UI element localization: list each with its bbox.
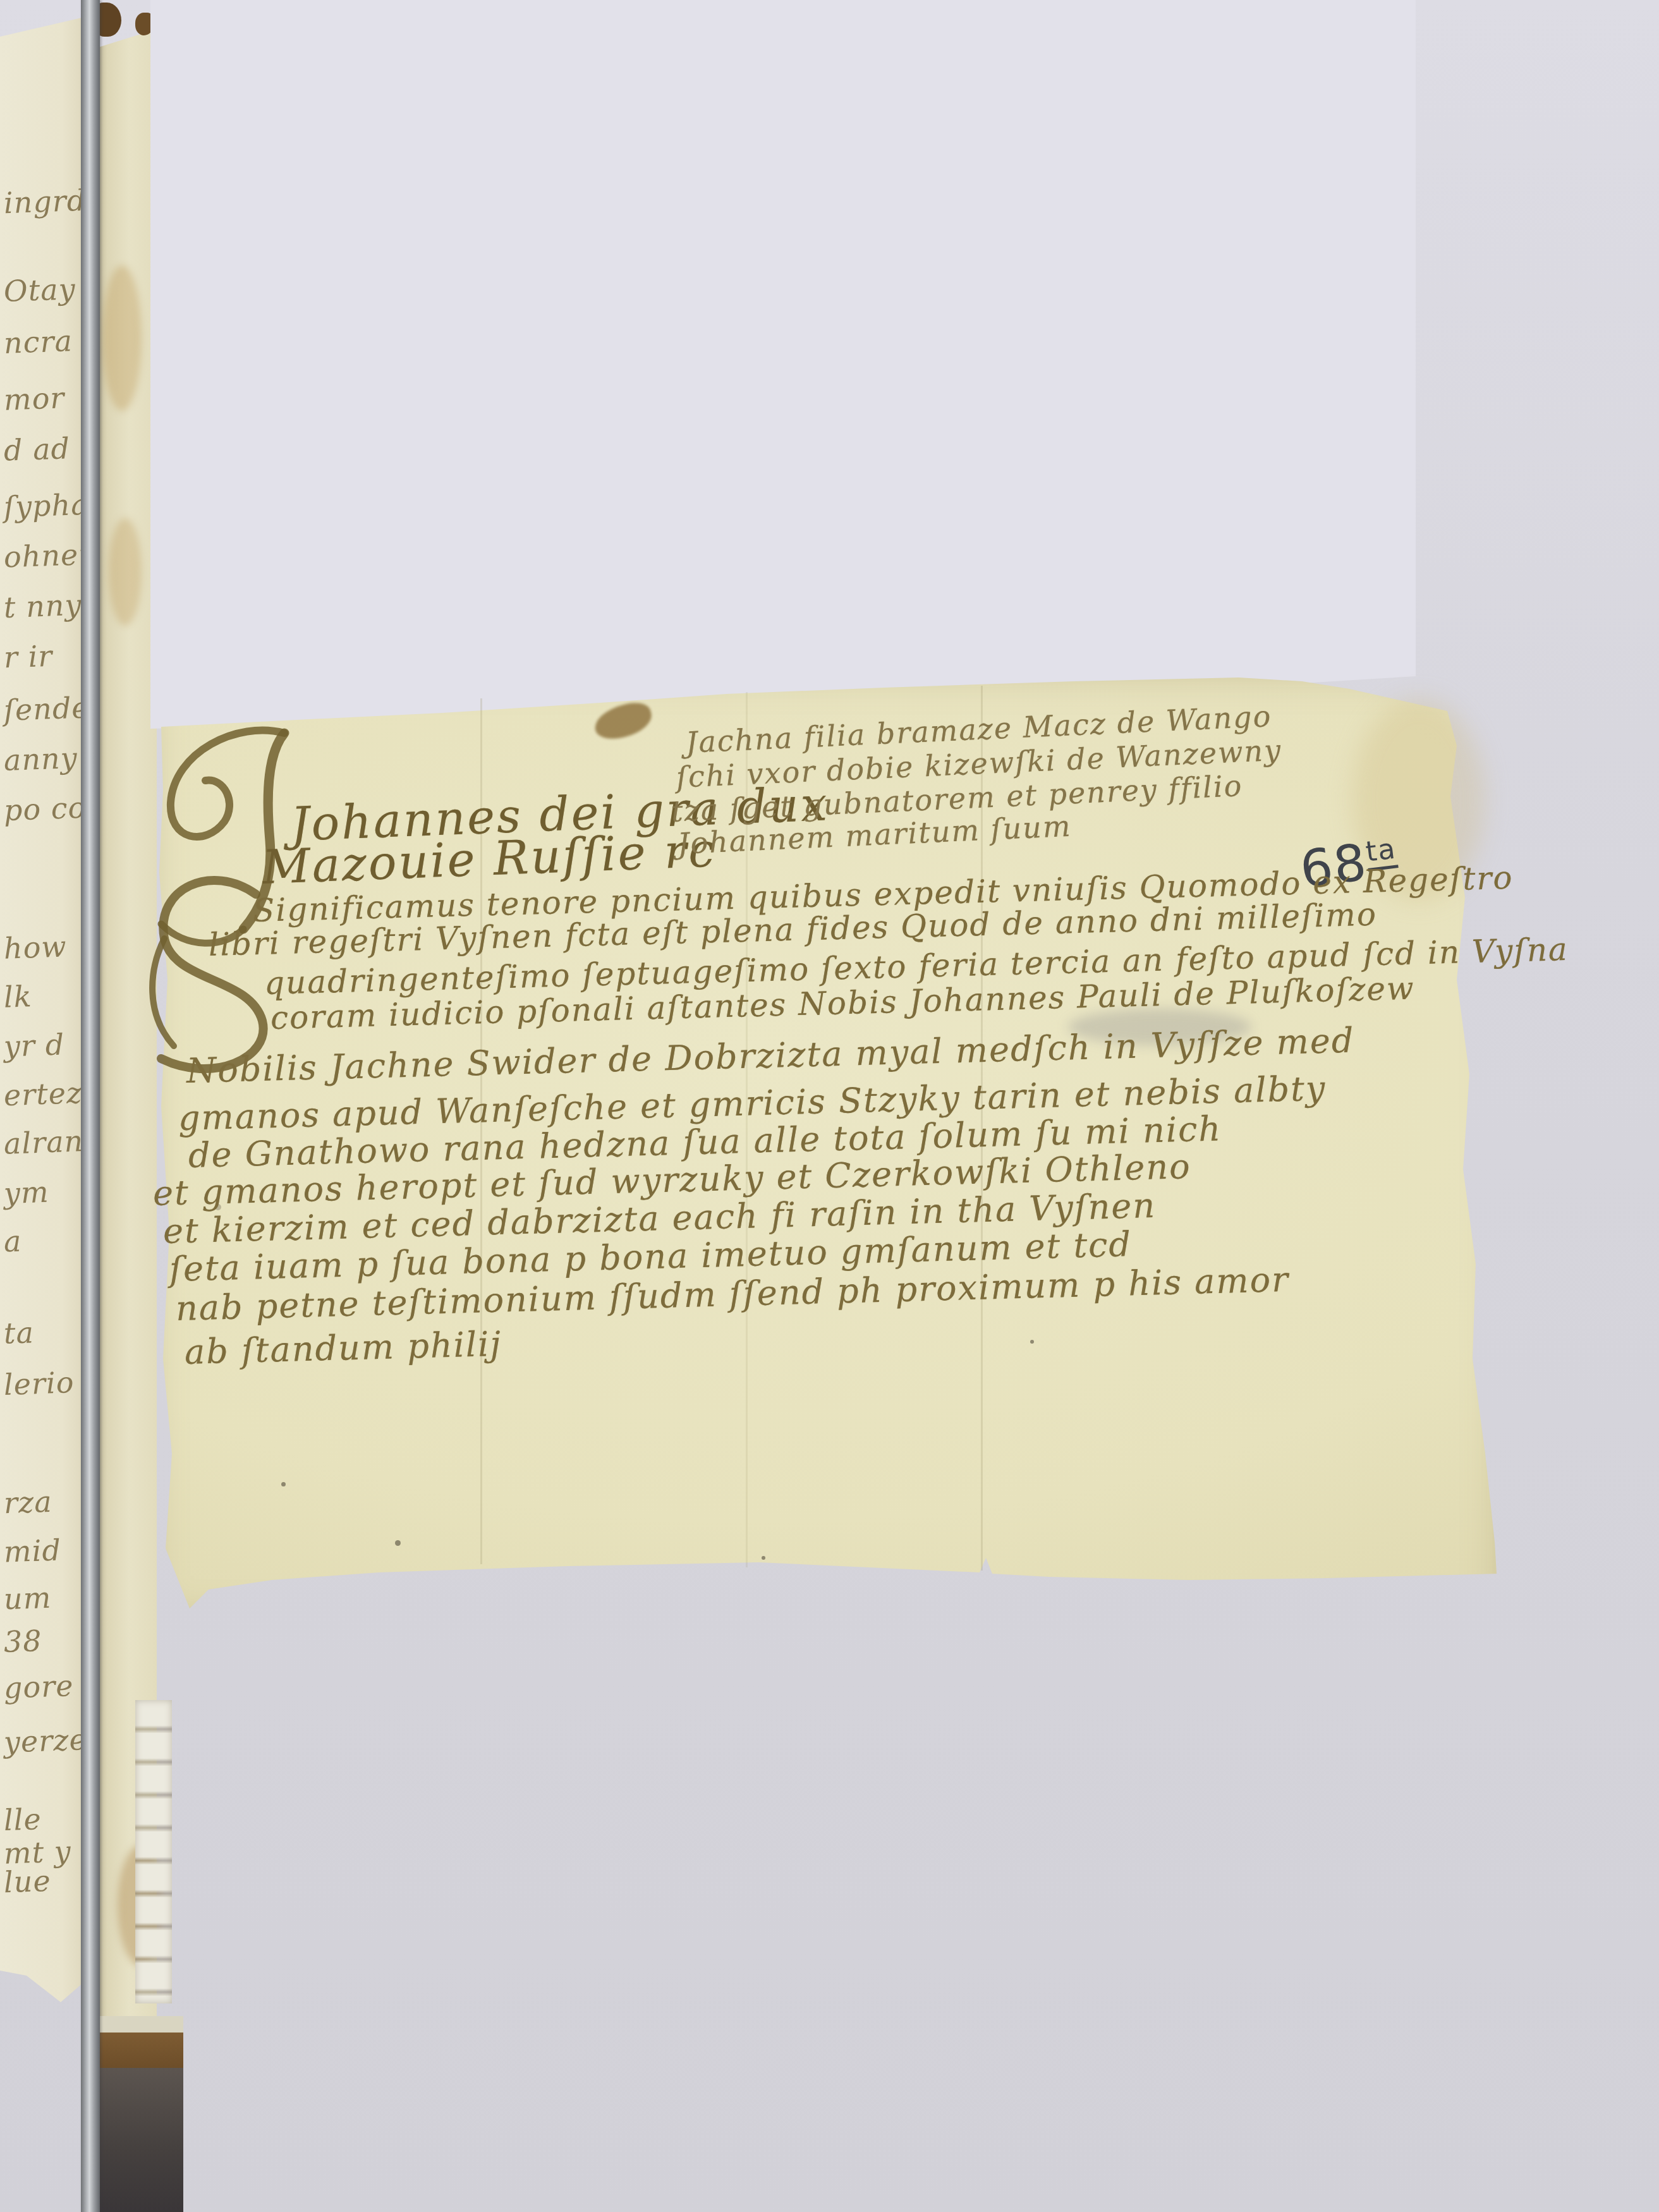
left-page-text-fragment: t nny — [3, 588, 82, 624]
left-page-text-fragment: lue — [3, 1864, 51, 1900]
left-page-text-fragment: r ir — [3, 639, 53, 675]
left-page-text-fragment: Otay — [3, 272, 76, 308]
left-page-text-fragment: ta — [3, 1315, 35, 1351]
left-page-text-fragment: ſended — [3, 690, 83, 727]
wooden-board-edge — [100, 2033, 183, 2072]
archival-photo-scene: ingrdOtayncramord adſyphachohnent nnyr i… — [0, 0, 1659, 2212]
stub-stain — [102, 265, 142, 411]
left-page-text-fragment: alrana — [3, 1123, 83, 1160]
glass-clamp-rod — [81, 0, 100, 2212]
left-page-text-fragment: mid — [3, 1533, 62, 1569]
left-page-text-fragment: gore — [3, 1668, 74, 1705]
left-page-text-fragment: how — [3, 929, 68, 965]
left-page-text-fragment: ertez — [3, 1076, 83, 1112]
left-page-text-fragment: lle — [3, 1802, 42, 1837]
left-page-text-fragment: ingrd — [3, 183, 83, 221]
left-page-text-fragment: 38 — [3, 1624, 42, 1659]
left-page-text-fragment: mor — [3, 380, 65, 416]
left-page-text-fragment: a — [3, 1224, 22, 1259]
sewing-stub — [135, 1700, 172, 2003]
left-page-text-fragment: anny — [3, 741, 78, 777]
stub-stain — [109, 518, 142, 626]
left-page-text-fragment: ſyphach — [3, 486, 83, 525]
left-page-text-fragment: um — [3, 1581, 52, 1617]
left-page-text-fragment: ohnen — [3, 537, 83, 574]
left-page-text-fragment: lerio — [3, 1365, 75, 1402]
left-page-text-fragment: po cont — [3, 789, 83, 827]
foxing-dot — [762, 1556, 765, 1560]
left-page-text-fragment: lk — [3, 979, 32, 1014]
left-page-text-fragment: yerzes — [3, 1722, 83, 1759]
body-line-8: ab ſtandum philij — [184, 1324, 502, 1372]
spine-foot-shadow — [100, 2068, 183, 2212]
adjacent-page-text-fragments: ingrdOtayncramord adſyphachohnent nnyr i… — [0, 0, 83, 2022]
left-page-text-fragment: rza — [3, 1485, 52, 1521]
foxing-dot — [1030, 1340, 1034, 1344]
left-page-text-fragment: yr d — [3, 1027, 65, 1063]
left-page-text-fragment: d ad — [3, 431, 71, 468]
white-backing-sheet — [150, 0, 1416, 733]
foxing-dot — [281, 1482, 286, 1486]
left-page-text-fragment: ym — [3, 1175, 49, 1210]
foxing-dot — [395, 1540, 401, 1546]
left-page-text-fragment: ncra — [3, 324, 73, 360]
